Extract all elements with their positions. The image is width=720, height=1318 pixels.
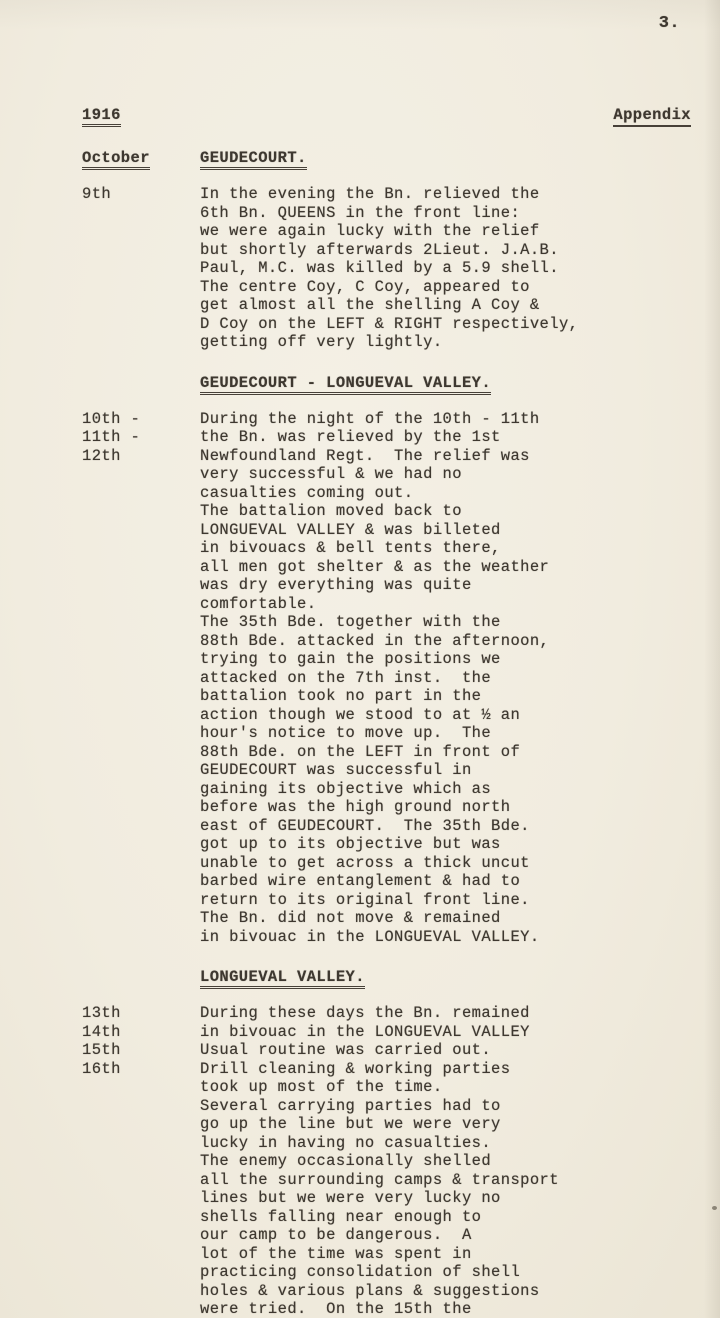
body-line: In the evening the Bn. relieved the bbox=[200, 185, 691, 204]
section-heading-text: LONGUEVAL VALLEY. bbox=[200, 968, 365, 989]
body-line: practicing consolidation of shell bbox=[200, 1263, 691, 1282]
body-line: 88th Bde. on the LEFT in front of bbox=[200, 743, 691, 762]
entry-text: During the night of the 10th - 11ththe B… bbox=[200, 410, 691, 947]
body-line: The battalion moved back to bbox=[200, 502, 691, 521]
body-line: attacked on the 7th inst. the bbox=[200, 669, 691, 688]
body-line: all the surrounding camps & transport bbox=[200, 1171, 691, 1190]
section-heading: GEUDECOURT. bbox=[200, 149, 307, 170]
entry-text: During these days the Bn. remainedin biv… bbox=[200, 1004, 691, 1318]
body-line: our camp to be dangerous. A bbox=[200, 1226, 691, 1245]
body-line: lines but we were very lucky no bbox=[200, 1189, 691, 1208]
margin-label-cell: October bbox=[82, 149, 200, 170]
date-label: 14th bbox=[82, 1023, 200, 1042]
appendix-label: Appendix bbox=[613, 106, 691, 127]
body-line: gaining its objective which as bbox=[200, 780, 691, 799]
page-header: 1916 Appendix bbox=[82, 106, 691, 127]
body-line: holes & various plans & suggestions bbox=[200, 1282, 691, 1301]
paper-speck bbox=[712, 1206, 717, 1210]
month-label: October bbox=[82, 149, 150, 170]
body-line: east of GEUDECOURT. The 35th Bde. bbox=[200, 817, 691, 836]
page-number: 3. bbox=[659, 14, 680, 33]
body-line: GEUDECOURT was successful in bbox=[200, 761, 691, 780]
diary-section: LONGUEVAL VALLEY.13th14th15th16thDuring … bbox=[82, 968, 691, 1318]
body-line: LONGUEVAL VALLEY & was billeted bbox=[200, 521, 691, 540]
body-line: in bivouacs & bell tents there, bbox=[200, 539, 691, 558]
body-line: go up the line but we were very bbox=[200, 1115, 691, 1134]
diary-entry: 10th -11th -12thDuring the night of the … bbox=[82, 410, 691, 947]
body-line: shells falling near enough to bbox=[200, 1208, 691, 1227]
date-column: 13th14th15th16th bbox=[82, 1004, 200, 1078]
body-line: in bivouac in the LONGUEVAL VALLEY bbox=[200, 1023, 691, 1042]
date-label: 15th bbox=[82, 1041, 200, 1060]
date-label: 12th bbox=[82, 447, 200, 466]
year-label: 1916 bbox=[82, 106, 121, 127]
body-line: battalion took no part in the bbox=[200, 687, 691, 706]
body-line: took up most of the time. bbox=[200, 1078, 691, 1097]
body-line: we were again lucky with the relief bbox=[200, 222, 691, 241]
body-line: trying to gain the positions we bbox=[200, 650, 691, 669]
document-body: OctoberGEUDECOURT.9thIn the evening the … bbox=[82, 149, 691, 1318]
body-line: The Bn. did not move & remained bbox=[200, 909, 691, 928]
body-line: comfortable. bbox=[200, 595, 691, 614]
body-line: Paul, M.C. was killed by a 5.9 shell. bbox=[200, 259, 691, 278]
body-line: the Bn. was relieved by the 1st bbox=[200, 428, 691, 447]
section-heading-text: GEUDECOURT - LONGUEVAL VALLEY. bbox=[200, 374, 491, 395]
diary-entry: 9thIn the evening the Bn. relieved the6t… bbox=[82, 185, 691, 352]
body-line: Usual routine was carried out. bbox=[200, 1041, 691, 1060]
body-line: action though we stood to at ½ an bbox=[200, 706, 691, 725]
body-line: During the night of the 10th - 11th bbox=[200, 410, 691, 429]
body-line: During these days the Bn. remained bbox=[200, 1004, 691, 1023]
body-line: casualties coming out. bbox=[200, 484, 691, 503]
body-line: hour's notice to move up. The bbox=[200, 724, 691, 743]
diary-section: OctoberGEUDECOURT.9thIn the evening the … bbox=[82, 149, 691, 352]
section-head-row: GEUDECOURT - LONGUEVAL VALLEY. bbox=[82, 374, 691, 395]
body-line: Several carrying parties had to bbox=[200, 1097, 691, 1116]
body-line: before was the high ground north bbox=[200, 798, 691, 817]
date-column: 9th bbox=[82, 185, 200, 204]
body-line: unable to get across a thick uncut bbox=[200, 854, 691, 873]
section-head-row: OctoberGEUDECOURT. bbox=[82, 149, 691, 170]
body-line: get almost all the shelling A Coy & bbox=[200, 296, 691, 315]
body-line: The centre Coy, C Coy, appeared to bbox=[200, 278, 691, 297]
body-line: D Coy on the LEFT & RIGHT respectively, bbox=[200, 315, 691, 334]
body-line: 6th Bn. QUEENS in the front line: bbox=[200, 204, 691, 223]
body-line: return to its original front line. bbox=[200, 891, 691, 910]
date-column: 10th -11th -12th bbox=[82, 410, 200, 466]
body-line: very successful & we had no bbox=[200, 465, 691, 484]
section-head-row: LONGUEVAL VALLEY. bbox=[82, 968, 691, 989]
body-line: were tried. On the 15th the bbox=[200, 1300, 691, 1318]
body-line: but shortly afterwards 2Lieut. J.A.B. bbox=[200, 241, 691, 260]
section-heading: LONGUEVAL VALLEY. bbox=[200, 968, 365, 989]
date-label: 13th bbox=[82, 1004, 200, 1023]
body-line: getting off very lightly. bbox=[200, 333, 691, 352]
date-label: 11th - bbox=[82, 428, 200, 447]
body-line: The 35th Bde. together with the bbox=[200, 613, 691, 632]
date-label: 9th bbox=[82, 185, 200, 204]
body-line: barbed wire entanglement & had to bbox=[200, 872, 691, 891]
body-line: lot of the time was spent in bbox=[200, 1245, 691, 1264]
body-line: was dry everything was quite bbox=[200, 576, 691, 595]
date-label: 16th bbox=[82, 1060, 200, 1079]
body-line: lucky in having no casualties. bbox=[200, 1134, 691, 1153]
body-line: 88th Bde. attacked in the afternoon, bbox=[200, 632, 691, 651]
section-heading: GEUDECOURT - LONGUEVAL VALLEY. bbox=[200, 374, 491, 395]
scanned-diary-page: 3. 1916 Appendix OctoberGEUDECOURT.9thIn… bbox=[0, 0, 720, 1318]
body-line: in bivouac in the LONGUEVAL VALLEY. bbox=[200, 928, 691, 947]
body-line: The enemy occasionally shelled bbox=[200, 1152, 691, 1171]
body-line: Newfoundland Regt. The relief was bbox=[200, 447, 691, 466]
section-heading-text: GEUDECOURT. bbox=[200, 149, 307, 170]
entry-text: In the evening the Bn. relieved the6th B… bbox=[200, 185, 691, 352]
page-content: 1916 Appendix OctoberGEUDECOURT.9thIn th… bbox=[0, 0, 720, 1318]
date-label: 10th - bbox=[82, 410, 200, 429]
body-line: all men got shelter & as the weather bbox=[200, 558, 691, 577]
body-line: got up to its objective but was bbox=[200, 835, 691, 854]
diary-section: GEUDECOURT - LONGUEVAL VALLEY.10th -11th… bbox=[82, 374, 691, 947]
diary-entry: 13th14th15th16thDuring these days the Bn… bbox=[82, 1004, 691, 1318]
body-line: Drill cleaning & working parties bbox=[200, 1060, 691, 1079]
